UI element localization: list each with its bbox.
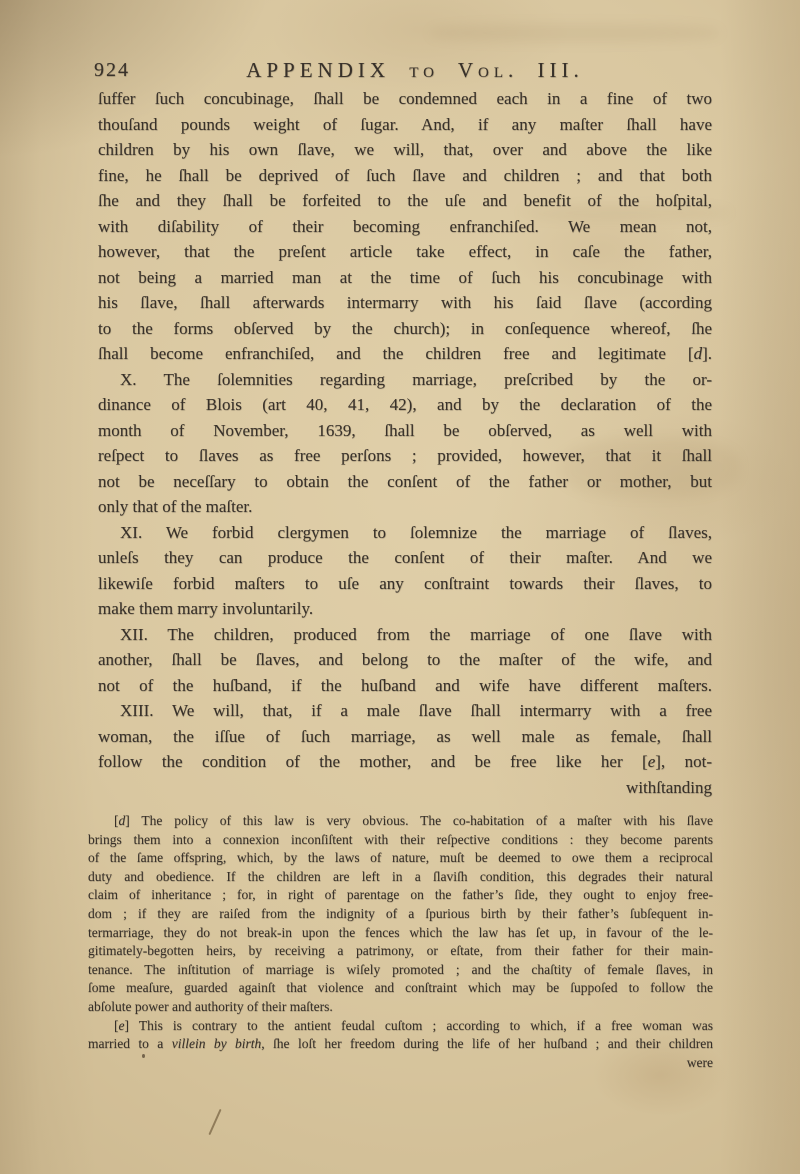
text-line: likewiſe forbid maſters to uſe any conſt… — [98, 571, 712, 597]
text-line: follow the condition of the mother, and … — [98, 749, 712, 775]
text-line: termarriage, they do not break-in upon t… — [88, 924, 713, 943]
text-line: duty and obedience. If the children are … — [88, 868, 713, 887]
text-line: another, ſhall be ſlaves, and belong to … — [98, 647, 712, 673]
text-line: ſhe and they ſhall be forfeited to the u… — [98, 188, 712, 214]
text-line: ſuffer ſuch concubinage, ſhall be condem… — [98, 86, 712, 112]
text-line: ſhall become enfranchiſed, and the child… — [98, 341, 712, 367]
text-line: fine, he ſhall be deprived of ſuch ſlave… — [98, 163, 712, 189]
text-line: only that of the maſter. — [98, 494, 712, 520]
text-line: his ſlave, ſhall afterwards intermarry w… — [98, 290, 712, 316]
text-line: dinance of Blois (art 40, 41, 42), and b… — [98, 392, 712, 418]
text-line: [e] This is contrary to the antient feud… — [88, 1017, 713, 1036]
text-line: XIII. We will, that, if a male ſlave ſha… — [98, 698, 712, 724]
text-line: to the forms obſerved by the church); in… — [98, 316, 712, 342]
text-line: gitimately-begotten heirs, by receiving … — [88, 942, 713, 961]
text-line: [d] The policy of this law is very obvio… — [88, 812, 713, 831]
text-line: ſome meaſure, guarded againſt that viole… — [88, 979, 713, 998]
text-line: not being a married man at the time of ſ… — [98, 265, 712, 291]
text-line: married to a villein by birth, ſhe loſt … — [88, 1035, 713, 1054]
text-line: reſpect to ſlaves as free perſons ; prov… — [98, 443, 712, 469]
footnotes: [d] The policy of this law is very obvio… — [88, 812, 713, 1072]
running-header: APPENDIX to Vol. III. — [108, 56, 722, 84]
text-line: were — [88, 1054, 713, 1073]
text-line: abſolute power and authority of their ma… — [88, 998, 713, 1017]
text-line: tenance. The inſtitution of marriage is … — [88, 961, 713, 980]
text-line: not of the huſband, if the huſband and w… — [98, 673, 712, 699]
text-line: woman, the iſſue of ſuch marriage, as we… — [98, 724, 712, 750]
text-line: not be neceſſary to obtain the conſent o… — [98, 469, 712, 495]
main-text: ſuffer ſuch concubinage, ſhall be condem… — [98, 86, 712, 800]
book-page-scan: 924 APPENDIX to Vol. III. ſuffer ſuch co… — [0, 0, 800, 1174]
text-line: claim of inheritance ; for, in right of … — [88, 886, 713, 905]
text-line: withſtanding — [98, 775, 712, 801]
paper-speck — [142, 1054, 145, 1058]
text-line: dom ; if they are raiſed from the indign… — [88, 905, 713, 924]
text-line: children by his own ſlave, we will, that… — [98, 137, 712, 163]
text-line: month of November, 1639, ſhall be obſerv… — [98, 418, 712, 444]
text-line: brings them into a connexion inconſiſten… — [88, 831, 713, 850]
text-line: thouſand pounds weight of ſugar. And, if… — [98, 112, 712, 138]
text-line: however, that the preſent article take e… — [98, 239, 712, 265]
text-line: XI. We forbid clergymen to ſolemnize the… — [98, 520, 712, 546]
text-line: of the ſame offspring, which, by the law… — [88, 849, 713, 868]
text-line: with diſability of their becoming enfran… — [98, 214, 712, 240]
text-line: XII. The children, produced from the mar… — [98, 622, 712, 648]
text-line: X. The ſolemnities regarding marriage, p… — [98, 367, 712, 393]
paper-scratch-mark — [208, 1109, 221, 1135]
bleed-through-ghost — [430, 24, 720, 42]
text-line: unleſs they can produce the conſent of t… — [98, 545, 712, 571]
text-line: make them marry involuntarily. — [98, 596, 712, 622]
